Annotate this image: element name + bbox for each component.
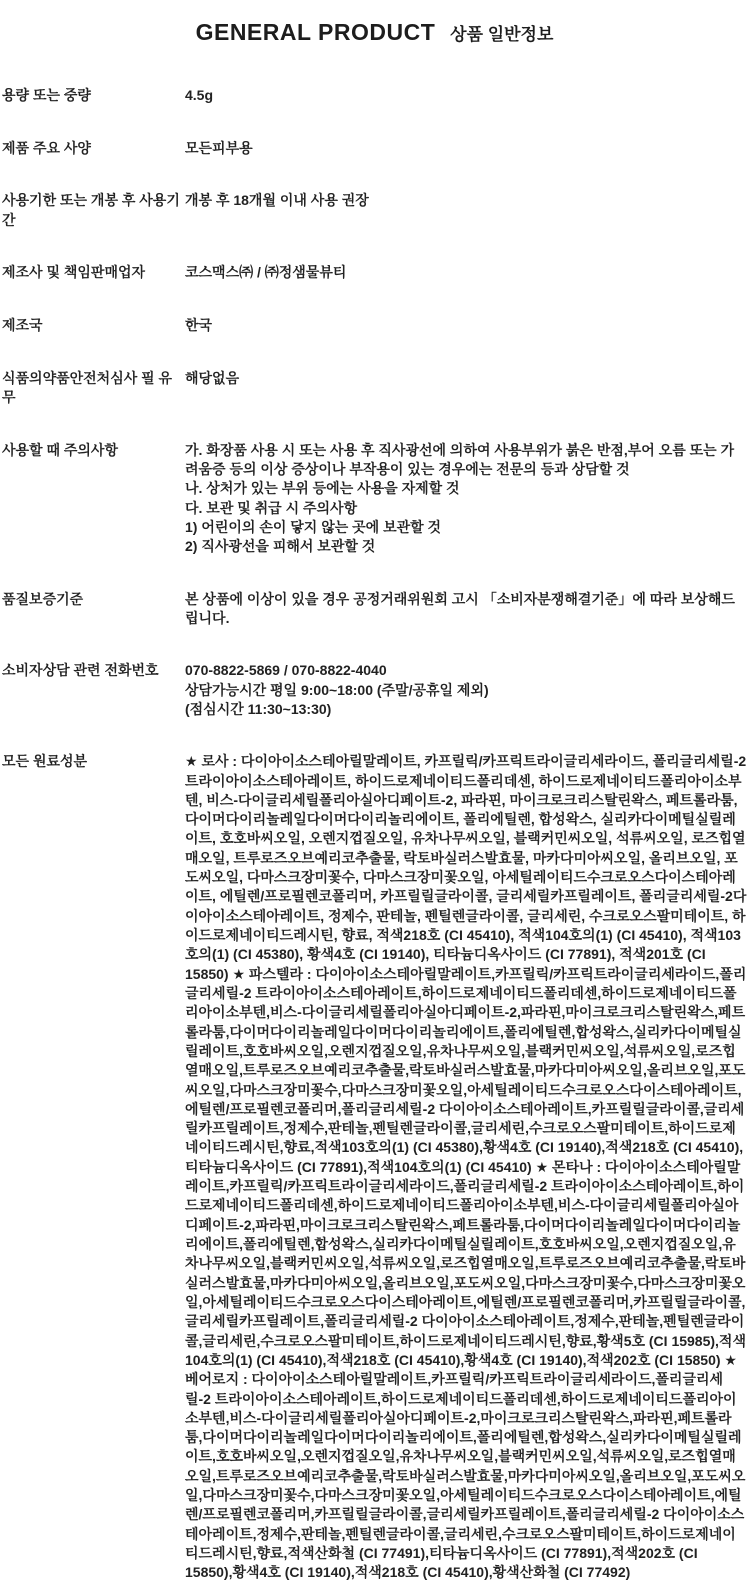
info-row-spec: 제품 주요 사양 모든피부용 bbox=[2, 139, 747, 159]
mfds-review-value: 해당없음 bbox=[185, 369, 747, 388]
capacity-value: 4.5g bbox=[185, 86, 747, 105]
info-row-precautions: 사용할 때 주의사항 가. 화장품 사용 시 또는 사용 후 직사광선에 의하여… bbox=[2, 441, 747, 557]
country-label: 제조국 bbox=[2, 316, 185, 336]
ingredients-value: ★ 로사 : 다이아이소스테아릴말레이트, 카프릴릭/카프릭트라이글리세라이드,… bbox=[185, 752, 747, 1582]
spec-label: 제품 주요 사양 bbox=[2, 139, 185, 159]
page-title-english: GENERAL PRODUCT bbox=[196, 19, 436, 45]
customer-service-value: 070-8822-5869 / 070-8822-4040 상담가능시간 평일 … bbox=[185, 661, 747, 719]
customer-service-label: 소비자상담 관련 전화번호 bbox=[2, 661, 185, 681]
mfds-review-label: 식품의약품안전처심사 필 유무 bbox=[2, 369, 185, 408]
info-row-capacity: 용량 또는 중량 4.5g bbox=[2, 86, 747, 106]
info-row-manufacturer: 제조사 및 책임판매업자 코스맥스㈜ / ㈜정샘물뷰티 bbox=[2, 263, 747, 283]
page-title: GENERAL PRODUCT 상품 일반정보 bbox=[2, 14, 747, 50]
expiry-value: 개봉 후 18개월 이내 사용 권장 bbox=[185, 191, 747, 210]
info-row-mfds-review: 식품의약품안전처심사 필 유무 해당없음 bbox=[2, 369, 747, 408]
ingredients-label: 모든 원료성분 bbox=[2, 752, 185, 772]
precautions-label: 사용할 때 주의사항 bbox=[2, 441, 185, 461]
manufacturer-value: 코스맥스㈜ / ㈜정샘물뷰티 bbox=[185, 263, 747, 282]
precautions-value: 가. 화장품 사용 시 또는 사용 후 직사광선에 의하여 사용부위가 붉은 반… bbox=[185, 441, 747, 557]
info-row-country: 제조국 한국 bbox=[2, 316, 747, 336]
spec-value: 모든피부용 bbox=[185, 139, 747, 158]
info-row-warranty: 품질보증기준 본 상품에 이상이 있을 경우 공정거래위원회 고시 「소비자분쟁… bbox=[2, 590, 747, 629]
info-row-ingredients: 모든 원료성분 ★ 로사 : 다이아이소스테아릴말레이트, 카프릴릭/카프릭트라… bbox=[2, 752, 747, 1582]
product-info-page: GENERAL PRODUCT 상품 일반정보 용량 또는 중량 4.5g 제품… bbox=[0, 0, 750, 1595]
manufacturer-label: 제조사 및 책임판매업자 bbox=[2, 263, 185, 283]
country-value: 한국 bbox=[185, 316, 747, 335]
warranty-label: 품질보증기준 bbox=[2, 590, 185, 610]
capacity-label: 용량 또는 중량 bbox=[2, 86, 185, 106]
info-row-expiry: 사용기한 또는 개봉 후 사용기간 개봉 후 18개월 이내 사용 권장 bbox=[2, 191, 747, 230]
expiry-label: 사용기한 또는 개봉 후 사용기간 bbox=[2, 191, 185, 230]
warranty-value: 본 상품에 이상이 있을 경우 공정거래위원회 고시 「소비자분쟁해결기준」에 … bbox=[185, 590, 747, 629]
info-row-customer-service: 소비자상담 관련 전화번호 070-8822-5869 / 070-8822-4… bbox=[2, 661, 747, 719]
product-info-table: 용량 또는 중량 4.5g 제품 주요 사양 모든피부용 사용기한 또는 개봉 … bbox=[2, 86, 747, 1583]
page-title-korean: 상품 일반정보 bbox=[450, 25, 553, 44]
